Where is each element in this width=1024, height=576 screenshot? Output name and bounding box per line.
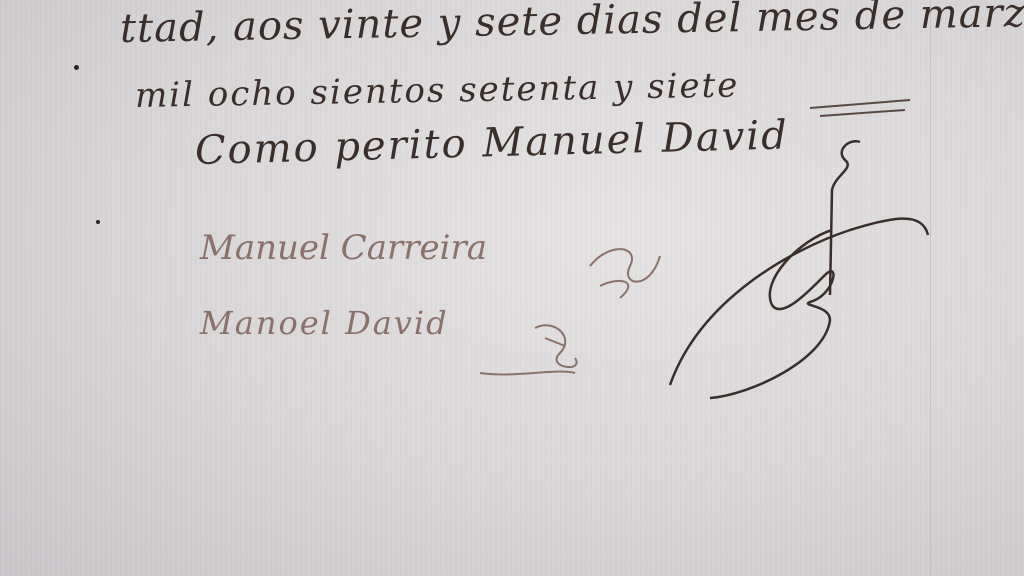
ink-speck (96, 220, 100, 224)
rubric-carreira-icon (580, 236, 670, 306)
signature-manuel: Manuel Carreira (200, 228, 487, 268)
line-end-flourish (800, 80, 920, 120)
signature-manoel-david: Manoel David (200, 304, 449, 342)
ink-speck (74, 65, 79, 70)
signature-flourish-icon (660, 130, 940, 410)
rubric-david-icon (475, 318, 605, 388)
